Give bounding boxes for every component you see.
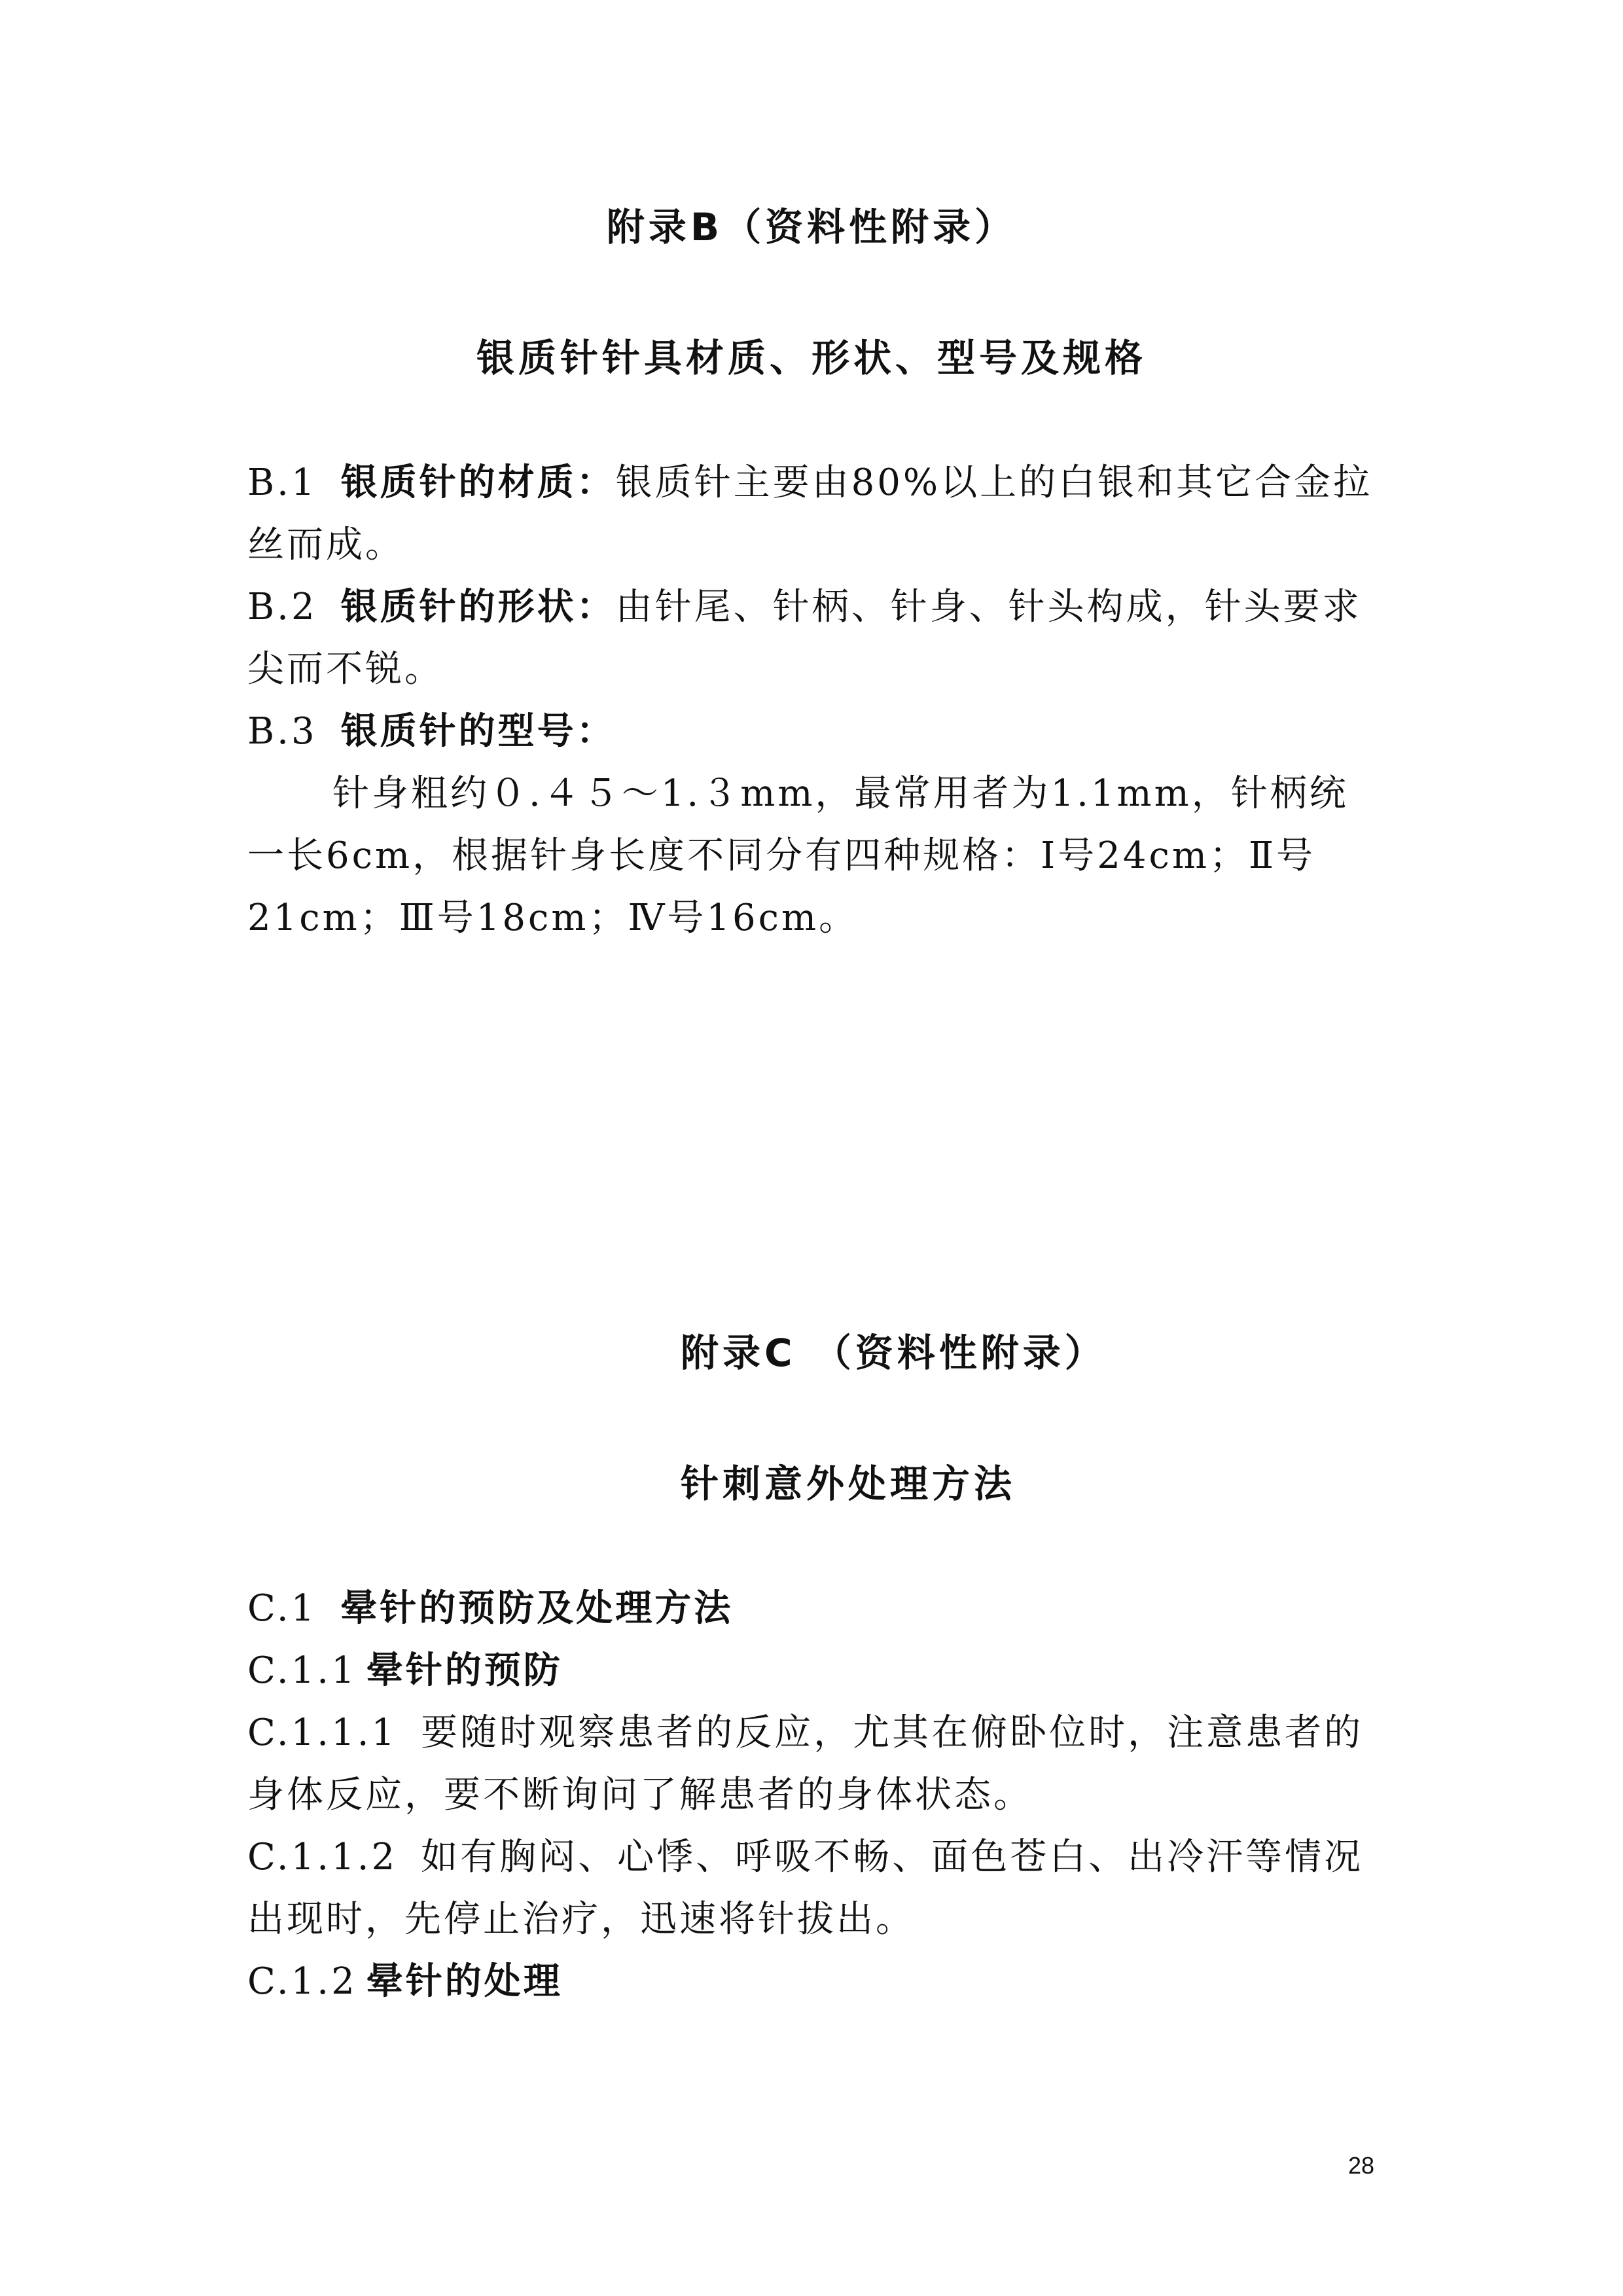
- clause-c1: C.1晕针的预防及处理方法: [247, 1577, 1386, 1640]
- appendix-c-heading: 针刺意外处理方法: [681, 1453, 1016, 1508]
- clause-label: 晕针的预防及处理方法: [340, 1587, 733, 1630]
- clause-label: 晕针的预防: [366, 1649, 563, 1692]
- clause-number: C.1.1: [247, 1649, 357, 1692]
- clause-label: 晕针的处理: [366, 1960, 563, 2003]
- clause-b1: B.1银质针的材质：银质针主要由80%以上的白银和其它合金拉丝而成。: [247, 452, 1386, 576]
- clause-label: 银质针的材质：: [341, 461, 616, 504]
- appendix-b-title: 附录B（资料性附录）: [0, 196, 1623, 251]
- clause-number: B.1: [247, 461, 317, 504]
- clause-text: 要随时观察患者的反应，尤其在俯卧位时，注意患者的身体反应，要不断询问了解患者的身…: [247, 1712, 1363, 1816]
- clause-c111: C.1.1.1要随时观察患者的反应，尤其在俯卧位时，注意患者的身体反应，要不断询…: [247, 1702, 1386, 1826]
- clause-number: B.3: [247, 710, 317, 753]
- b3-paragraph: 针身粗约０.４５～1.３mm，最常用者为1.1mm，针柄统一长6cm，根据针身长…: [247, 762, 1386, 949]
- clause-c11: C.1.1晕针的预防: [247, 1640, 1386, 1702]
- clause-number: C.1.2: [247, 1960, 357, 2003]
- clause-b2: B.2银质针的形状：由针尾、针柄、针身、针头构成，针头要求尖而不锐。: [247, 576, 1386, 700]
- appendix-c-title: 附录C （资料性附录）: [681, 1322, 1107, 1377]
- clause-number: C.1.1.1: [247, 1712, 397, 1754]
- clause-label: 银质针的型号：: [341, 710, 616, 753]
- clause-number: B.2: [247, 586, 317, 628]
- clause-label: 银质针的形状：: [341, 586, 616, 628]
- clause-text: 如有胸闷、心悸、呼吸不畅、面色苍白、出冷汗等情况出现时，先停止治疗，迅速将针拔出…: [247, 1836, 1363, 1941]
- page-number: 28: [1348, 2152, 1374, 2179]
- appendix-b-body: B.1银质针的材质：银质针主要由80%以上的白银和其它合金拉丝而成。 B.2银质…: [247, 452, 1386, 949]
- clause-c112: C.1.1.2如有胸闷、心悸、呼吸不畅、面色苍白、出冷汗等情况出现时，先停止治疗…: [247, 1826, 1386, 1950]
- appendix-c-body: C.1晕针的预防及处理方法 C.1.1晕针的预防 C.1.1.1要随时观察患者的…: [247, 1577, 1386, 2013]
- clause-number: C.1: [247, 1587, 317, 1630]
- clause-number: C.1.1.2: [247, 1836, 397, 1878]
- clause-b3: B.3银质针的型号：: [247, 700, 1386, 762]
- appendix-b-heading: 银质针针具材质、形状、型号及规格: [0, 327, 1623, 382]
- clause-c12: C.1.2晕针的处理: [247, 1950, 1386, 2013]
